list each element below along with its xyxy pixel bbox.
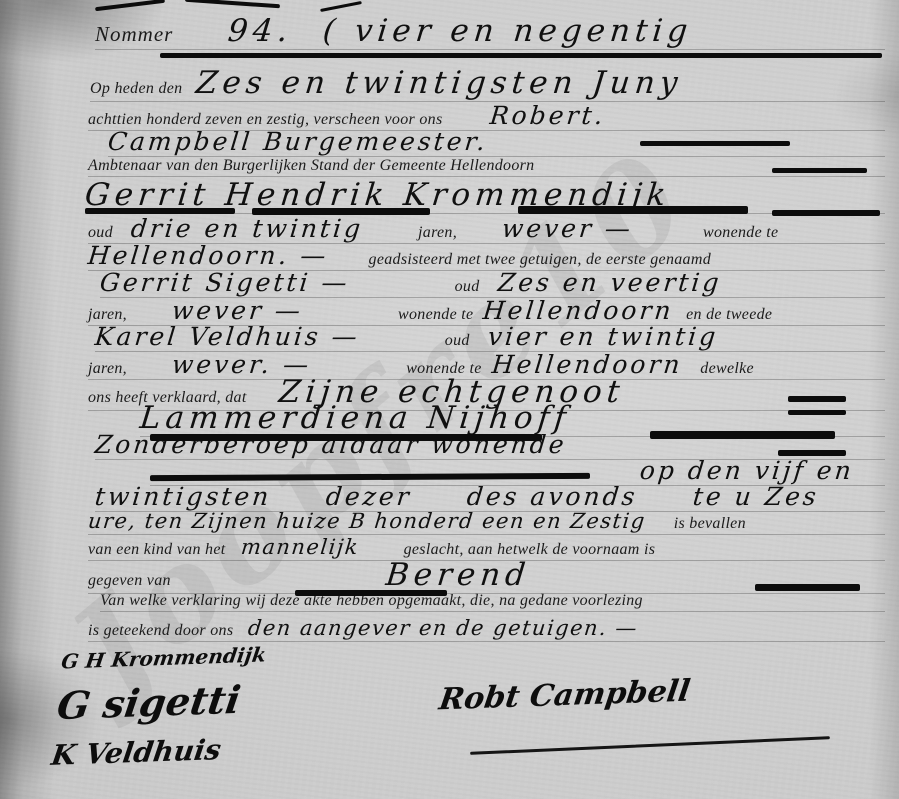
handwritten-text: Zes en veertig [496,270,722,295]
handwritten-text: op den vijf en [639,458,855,483]
ink-dash [772,168,867,173]
printed-text: geadsisteerd met twee getuigen, de eerst… [369,252,711,268]
document-scan: Joopfre10 Nommer94.( vier en negentigOp … [0,0,899,799]
signature-flourish [470,736,830,755]
printed-text: oud [88,225,113,241]
line-ambtenaar: Ambtenaar van den Burgerlijken Stand der… [88,158,885,177]
ink-underline [252,208,430,215]
printed-text: oud [455,279,480,295]
printed-text: en de tweede [686,307,772,323]
ink-dash [788,396,846,402]
cutoff-stroke [95,0,165,11]
handwritten-text: Karel Veldhuis — [94,324,361,349]
ink-underline [518,206,748,214]
cutoff-stroke [320,1,362,12]
handwritten-text: ( vier en negentig [321,16,694,47]
line-veldhuis: Karel Veldhuis —oudvier en twintig [95,324,885,352]
handwritten-text: Campbell Burgemeester. [107,129,489,154]
handwritten-text: vier en twintig [486,324,719,349]
line-op-heden: Op heden denZes en twintigsten Juny [90,68,885,102]
printed-text: wonende te [703,225,778,241]
printed-text: gegeven van [88,573,171,589]
handwritten-text: wever — [501,216,635,241]
handwritten-text: dezer [325,484,413,509]
cutoff-stroke [185,0,280,8]
handwritten-text: Zes en twintigsten Juny [195,68,685,99]
ink-dash [778,450,846,456]
number-rule [160,53,882,58]
handwritten-text: Berend [384,560,531,591]
printed-text: geslacht, aan hetwelk de voornaam is [404,542,656,558]
printed-text: oud [445,333,470,349]
line-huize: ure, ten Zijnen huize B honderd een en Z… [88,511,885,535]
line-hellendoorn-geadsisteerd: Hellendoorn. —geadsisteerd met twee getu… [88,243,885,271]
line-sigetti: Gerrit Sigetti —oudZes en veertig [100,270,885,298]
ink-underline [150,434,542,441]
printed-text: Ambtenaar van den Burgerlijken Stand der… [88,158,535,174]
printed-text: jaren, [88,307,127,323]
signature-campbell: Robt Campbell [437,674,692,718]
ink-dash [755,584,860,591]
ink-underline [85,208,235,214]
handwritten-text: des avonds [466,484,639,509]
handwritten-text: den aangever en de getuigen. — [247,618,639,639]
signature-sigetti: G sigetti [54,677,243,728]
ink-dash [640,141,790,146]
printed-text: jaren, [88,361,127,377]
printed-text: is bevallen [674,516,746,532]
line-geteekend: is geteekend door onsden aangever en de … [88,618,885,642]
signature-veldhuis: K Veldhuis [49,733,223,772]
printed-text: dewelke [700,361,754,377]
handwritten-text: mannelijk [239,537,359,558]
printed-text: achttien honderd zeven en zestig, versch… [88,112,442,128]
handwritten-text: Robert. [489,103,607,128]
printed-text: Nommer [95,24,173,45]
line-twintigsten-dezer: twintigstendezerdes avondste u Zes [95,484,885,512]
ink-underline [772,210,880,216]
ink-dash [788,410,846,415]
handwritten-text: wever — [171,298,305,323]
handwritten-text: Hellendoorn. — [87,243,330,268]
printed-text: van een kind van het [88,542,226,558]
ink-underline [650,431,835,439]
handwritten-text: Hellendoorn [482,298,675,323]
signature-krommendijk: G H Krommendijk [60,642,268,673]
printed-text: Op heden den [90,81,182,97]
record-number-line: Nommer94.( vier en negentig [95,16,885,50]
printed-text: is geteekend door ons [88,623,233,639]
line-van-welke: Van welke verklaring wij deze akte hebbe… [100,593,885,612]
line-oud-drie: ouddrie en twintigjaren,wever —wonende t… [88,216,885,244]
handwritten-text: Gerrit Sigetti — [99,270,351,295]
handwritten-text: ure, ten Zijnen huize B honderd een en Z… [87,511,647,532]
handwritten-text: 94. [227,16,295,47]
handwritten-text: twintigsten [94,484,273,509]
handwritten-text: drie en twintig [130,216,365,241]
handwritten-text: te u Zes [691,484,819,509]
printed-text: jaren, [418,225,457,241]
printed-text: wonende te [398,307,473,323]
ink-dash [295,590,447,596]
